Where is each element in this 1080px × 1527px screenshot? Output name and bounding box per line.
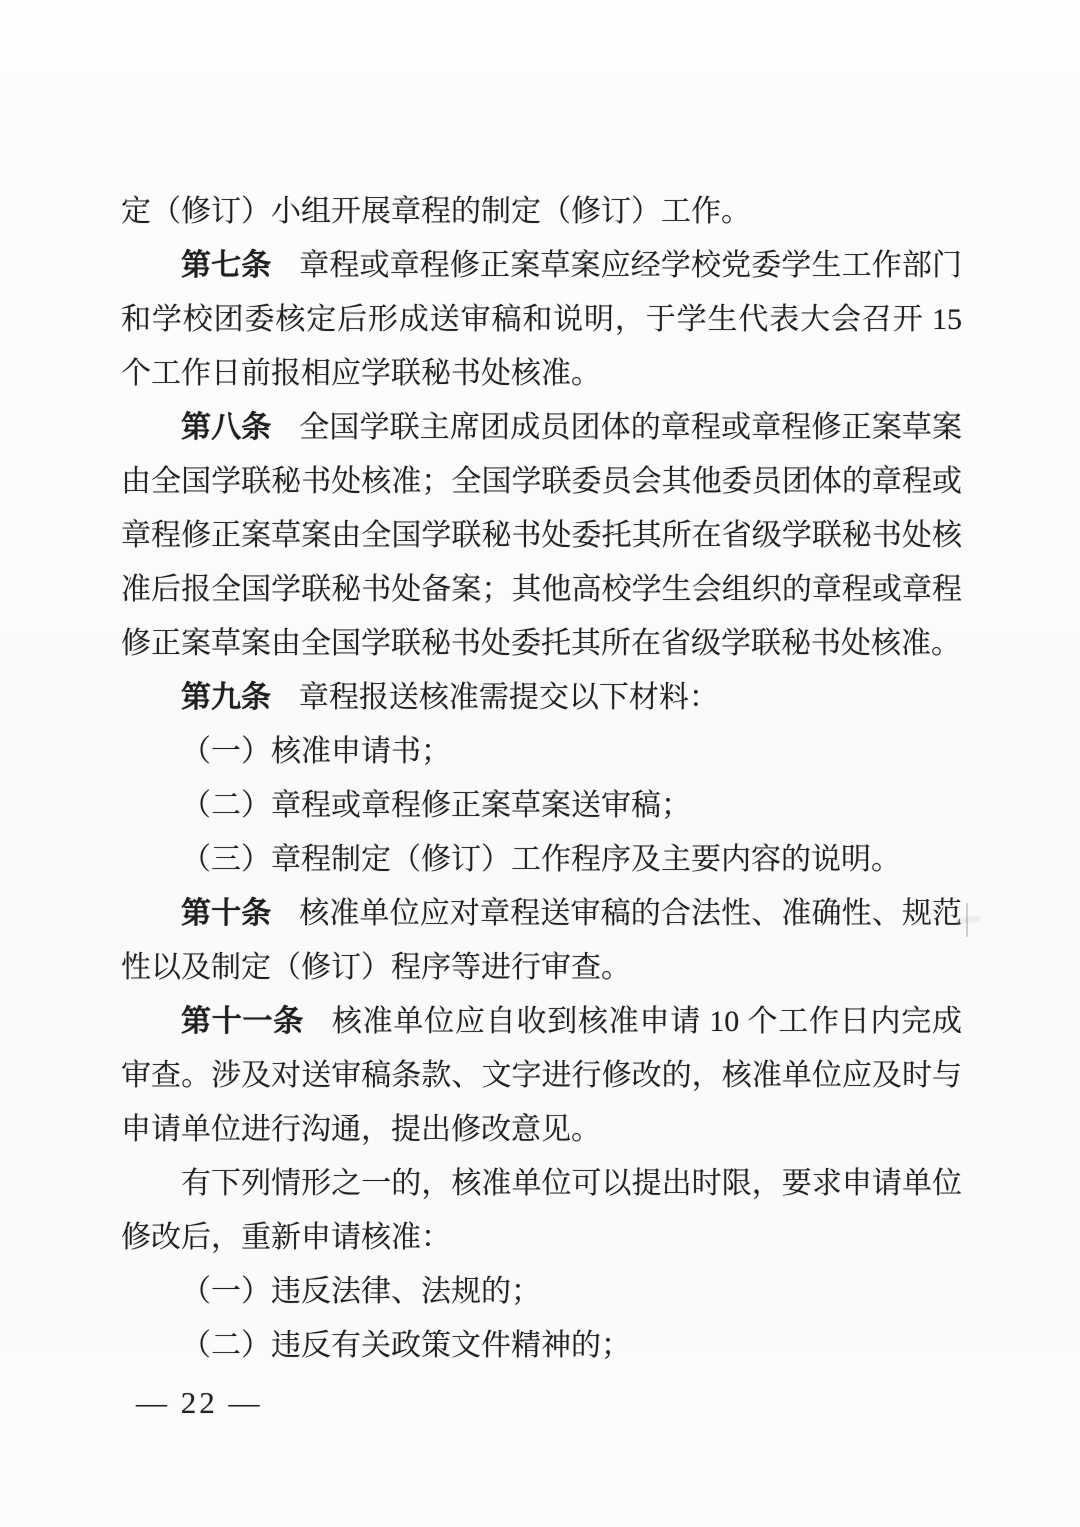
article-8-text: 全国学联主席团成员团体的章程或章程修正案草案由全国学联秘书处核准；全国学联委员会… [121,411,962,660]
condition-item-2: （二）违反有关政策文件精神的； [121,1319,962,1373]
document-body: 定（修订）小组开展章程的制定（修订）工作。 第七条章程或章程修正案草案应经学校党… [121,185,962,1373]
article-9-item-3: （三）章程制定（修订）工作程序及主要内容的说明。 [121,833,962,887]
conditions-intro: 有下列情形之一的，核准单位可以提出时限，要求申请单位修改后，重新申请核准： [121,1157,962,1265]
condition-item-1: （一）违反法律、法规的； [121,1265,962,1319]
article-9-item-1: （一）核准申请书； [121,725,962,779]
article-9: 第九条章程报送核准需提交以下材料： [121,671,962,725]
clause-continuation: 定（修订）小组开展章程的制定（修订）工作。 [121,185,962,239]
article-8-number: 第八条 [181,411,271,444]
article-9-item-2: （二）章程或章程修正案草案送审稿； [121,779,962,833]
article-7-number: 第七条 [181,249,271,282]
page-number: — 22 — [136,1381,263,1425]
article-7: 第七条章程或章程修正案草案应经学校党委学生工作部门和学校团委核定后形成送审稿和说… [121,239,962,401]
article-10-number: 第十条 [181,897,271,930]
article-11-number: 第十一条 [181,1005,304,1038]
article-9-text: 章程报送核准需提交以下材料： [299,681,719,714]
article-9-number: 第九条 [181,681,271,714]
article-8: 第八条全国学联主席团成员团体的章程或章程修正案草案由全国学联秘书处核准；全国学联… [121,401,962,671]
article-11: 第十一条核准单位应自收到核准申请 10 个工作日内完成审查。涉及对送审稿条款、文… [121,995,962,1157]
article-10: 第十条核准单位应对章程送审稿的合法性、准确性、规范性以及制定（修订）程序等进行审… [121,887,962,995]
document-page: 定（修订）小组开展章程的制定（修订）工作。 第七条章程或章程修正案草案应经学校党… [0,0,1080,1527]
